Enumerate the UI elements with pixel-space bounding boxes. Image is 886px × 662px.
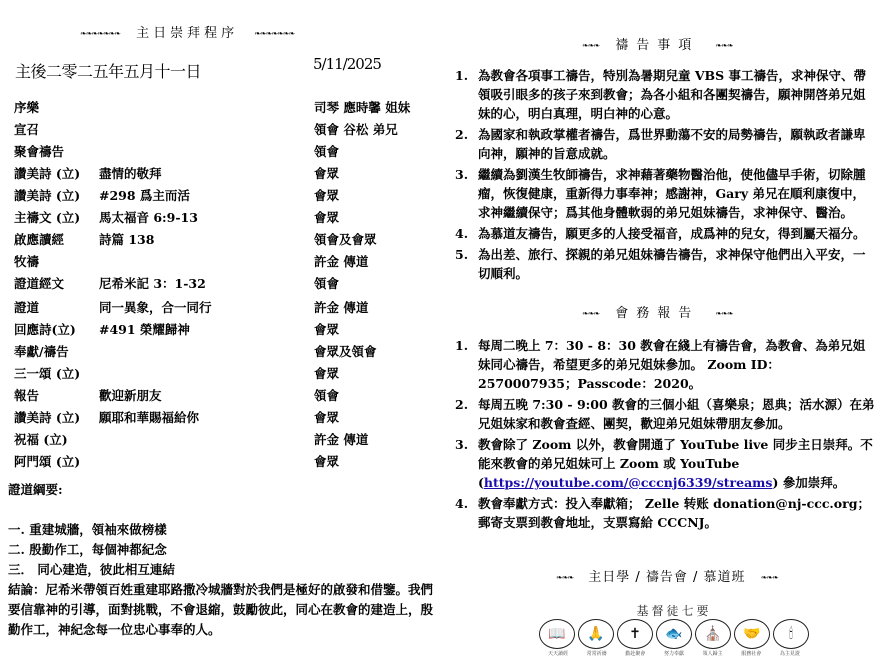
program-content: 盡情的敬拜 [99,164,162,182]
item-number: 1. [455,66,468,85]
emblem-icons: 📖🙏✝🐟⛪🤝🕯 [539,619,809,649]
ornament-icon: ❧❧❧ [582,42,599,49]
business-title: 會務報告 [615,306,699,321]
seven-essentials-emblem: 基督徒七要 📖🙏✝🐟⛪🤝🕯 天天讀經常常祈禱勤赴聚會努力奉獻領人歸主服務社會為主… [539,604,809,662]
program-content: 願耶和華賜福給你 [99,408,199,426]
bible-reading-icon: 📖 [539,619,575,649]
worship-program-title: 主日崇拜程序 [136,26,238,41]
outline-point: 三． 同心建造，彼此相互連結 [8,560,438,580]
item-number: 3. [455,165,468,184]
program-content: #491 榮耀歸神 [99,320,190,338]
program-row: 牧禱許金 傳道 [14,252,434,272]
date-english: 5/11/2025 [313,55,381,73]
program-leader: 會眾 [314,452,339,470]
item-text: 為出差、旅行、探親的弟兄姐妹禱告禱告，求神保守他們出入平安，一切順利。 [478,247,866,281]
program-row: 讚美詩 (立)#298 爲主而活會眾 [14,186,434,206]
emblem-caption: 服務社會 [732,650,770,657]
item-text: 繼續為劉漢生牧師禱告，求神藉著藥物醫治他，使他儘早手術，切除腫瘤，恢復健康，重新… [478,167,866,220]
outline-point: 一. 重建城牆，領袖來做榜樣 [8,520,438,540]
program-row: 宣召領會 谷松 弟兄 [14,120,434,140]
list-item: 1.每周二晚上 7：30 - 8：30 教會在綫上有禱告會，為教會、為弟兄姐妹同… [440,336,876,393]
program-item: 讚美詩 (立) [14,408,80,426]
emblem-caption: 天天讀經 [539,650,577,657]
program-row: 祝福 (立)許金 傳道 [14,430,434,450]
program-leader: 司琴 應時馨 姐妹 [314,98,410,116]
program-item: 宣召 [14,120,39,138]
program-content: 歡迎新朋友 [99,386,162,404]
emblem-title: 基督徒七要 [539,604,809,618]
date-chinese: 主後二零二五年五月十一日 [15,59,201,82]
program-item: 啟應讀經 [14,230,64,248]
program-content: #298 爲主而活 [99,186,190,204]
item-text: 每周二晚上 7：30 - 8：30 教會在綫上有禱告會，為教會、為弟兄姐妹同心禱… [478,338,865,391]
list-item: 2.每周五晚 7:30 - 9:00 教會的三個小組（喜樂泉；恩典；活水源）在弟… [440,395,876,433]
program-leader: 會眾 [314,364,339,382]
prayer-icon: 🙏 [578,619,614,649]
emblem-caption: 常常祈禱 [578,650,616,657]
business-header: ❧❧❧ 會務報告 ❧❧❧ [582,302,733,321]
item-text: 教會奉獻方式：投入奉獻箱； Zelle 转账 donation@nj-ccc.o… [478,496,870,530]
program-row: 聚會禱告領會 [14,142,434,162]
program-leader: 領會 谷松 弟兄 [314,120,398,138]
announcements-column: ❧❧❧ 禱告事項 ❧❧❧ 1.為教會各項事工禱告，特別為暑期兒童 VBS 事工禱… [440,0,886,662]
item-number: 5. [455,245,468,264]
program-row: 三一頌 (立)會眾 [14,364,434,384]
offering-icon: 🐟 [656,619,692,649]
program-item: 主禱文 (立) [14,208,80,226]
ornament-icon: ❧❧❧ [715,42,732,49]
program-leader: 會眾 [314,186,339,204]
prayer-list: 1.為教會各項事工禱告，特別為暑期兒童 VBS 事工禱告，求神保守、帶領吸引眼多… [440,66,876,285]
program-item: 證道經文 [14,274,64,292]
program-item: 讚美詩 (立) [14,164,80,182]
list-item: 5.為出差、旅行、探親的弟兄姐妹禱告禱告，求神保守他們出入平安，一切順利。 [440,245,876,283]
program-row: 啟應讀經詩篇 138領會及會眾 [14,230,434,250]
prayer-header: ❧❧❧ 禱告事項 ❧❧❧ [582,34,733,53]
program-leader: 會眾及領會 [314,342,377,360]
program-row: 報告歡迎新朋友領會 [14,386,434,406]
item-text: 為國家和執政掌權者禱告，爲世界動蕩不安的局勢禱告，願執政者謙卑向神，願神的旨意成… [478,127,866,161]
footer-title: 主日學 / 禱告會 / 慕道班 [588,570,745,585]
program-item: 證道 [14,298,39,316]
program-item: 三一頌 (立) [14,364,80,382]
program-item: 報告 [14,386,39,404]
emblem-caption: 為主見證 [771,650,809,657]
sermon-outline: 證道綱要: 一. 重建城牆，領袖來做榜樣 二. 殷勤作工，每個神都紀念 三． 同… [8,480,438,640]
emblem-caption: 努力奉獻 [655,650,693,657]
program-leader: 許金 傳道 [314,252,368,270]
list-item: 2.為國家和執政掌權者禱告，爲世界動蕩不安的局勢禱告，願執政者謙卑向神，願神的旨… [440,125,876,163]
program-leader: 會眾 [314,408,339,426]
item-number: 4. [455,494,468,513]
worship-gathering-icon: ✝ [617,619,653,649]
emblem-captions: 天天讀經常常祈禱勤赴聚會努力奉獻領人歸主服務社會為主見證 [539,650,809,657]
ornament-icon: ❧❧❧ [556,574,573,581]
program-item: 序樂 [14,98,39,116]
program-leader: 領會 [314,274,339,292]
outline-point: 二. 殷勤作工，每個神都紀念 [8,540,438,560]
outline-conclusion: 結論：尼希米帶領百姓重建耶路撒冷城牆對於我們是極好的啟發和借鑒。我們要信靠神的引… [8,580,438,640]
program-item: 祝福 (立) [14,430,68,448]
item-text: 每周五晚 7:30 - 9:00 教會的三個小組（喜樂泉；恩典；活水源）在弟兄姐… [478,397,875,431]
ornament-icon: ❧❧❧ [715,310,732,317]
worship-program-column: ❧❧❧❧❧❧❧ 主日崇拜程序 ❧❧❧❧❧❧❧ 主後二零二五年五月十一日 5/11… [0,0,440,662]
program-leader: 會眾 [314,164,339,182]
evangelism-icon: ⛪ [695,619,731,649]
item-number: 2. [455,395,468,414]
witness-candle-icon: 🕯 [773,619,809,649]
emblem-caption: 勤赴聚會 [616,650,654,657]
program-leader: 會眾 [314,320,339,338]
item-text: ) 參加崇拜。 [772,475,845,490]
item-text: 為教會各項事工禱告，特別為暑期兒童 VBS 事工禱告，求神保守、帶領吸引眼多的孩… [478,68,866,121]
program-content: 同一異象，合一同行 [99,298,212,316]
program-item: 讚美詩 (立) [14,186,80,204]
service-icon: 🤝 [734,619,770,649]
program-row: 序樂司琴 應時馨 姐妹 [14,98,434,118]
program-row: 證道經文尼希米記 3：1-32領會 [14,274,434,294]
list-item: 3.繼續為劉漢生牧師禱告，求神藉著藥物醫治他，使他儘早手術，切除腫瘤，恢復健康，… [440,165,876,222]
program-leader: 領會及會眾 [314,230,377,248]
emblem-caption: 領人歸主 [694,650,732,657]
list-item: 4.教會奉獻方式：投入奉獻箱； Zelle 转账 donation@nj-ccc… [440,494,876,532]
program-content: 馬太福音 6:9-13 [99,208,198,226]
list-item: 4.為慕道友禱告，願更多的人接受福音，成爲神的兒女，得到屬天福分。 [440,224,876,243]
program-leader: 許金 傳道 [314,430,368,448]
program-content: 尼希米記 3：1-32 [99,274,206,292]
item-number: 3. [455,435,468,454]
ornament-icon: ❧❧❧ [761,574,778,581]
business-list: 1.每周二晚上 7：30 - 8：30 教會在綫上有禱告會，為教會、為弟兄姐妹同… [440,336,876,534]
program-row: 主禱文 (立)馬太福音 6:9-13會眾 [14,208,434,228]
program-leader: 許金 傳道 [314,298,368,316]
ornament-icon: ❧❧❧ [582,310,599,317]
item-number: 2. [455,125,468,144]
item-number: 1. [455,336,468,355]
program-item: 回應詩(立) [14,320,76,338]
prayer-title: 禱告事項 [615,38,699,53]
program-leader: 領會 [314,142,339,160]
program-row: 回應詩(立)#491 榮耀歸神會眾 [14,320,434,340]
item-number: 4. [455,224,468,243]
program-item: 聚會禱告 [14,142,64,160]
program-item: 牧禱 [14,252,39,270]
program-item: 阿門頌 (立) [14,452,80,470]
program-row: 阿門頌 (立)會眾 [14,452,434,472]
program-row: 讚美詩 (立)盡情的敬拜會眾 [14,164,434,184]
ornament-icon: ❧❧❧❧❧❧❧ [254,30,294,37]
program-leader: 會眾 [314,208,339,226]
program-row: 證道同一異象，合一同行許金 傳道 [14,298,434,318]
list-item: 3.教會除了 Zoom 以外，教會開通了 YouTube live 同步主日崇拜… [440,435,876,492]
sermon-outline-label: 證道綱要: [8,480,438,500]
program-content: 詩篇 138 [99,230,154,248]
program-leader: 領會 [314,386,339,404]
youtube-link[interactable]: https://youtube.com/@cccnj6339/streams [484,475,773,490]
list-item: 1.為教會各項事工禱告，特別為暑期兒童 VBS 事工禱告，求神保守、帶領吸引眼多… [440,66,876,123]
program-row: 奉獻/禱告會眾及領會 [14,342,434,362]
footer-header: ❧❧❧ 主日學 / 禱告會 / 慕道班 ❧❧❧ [556,566,778,585]
item-text: 為慕道友禱告，願更多的人接受福音，成爲神的兒女，得到屬天福分。 [478,226,866,241]
program-item: 奉獻/禱告 [14,342,69,360]
ornament-icon: ❧❧❧❧❧❧❧ [80,30,120,37]
program-row: 讚美詩 (立)願耶和華賜福給你會眾 [14,408,434,428]
worship-program-header: ❧❧❧❧❧❧❧ 主日崇拜程序 ❧❧❧❧❧❧❧ [80,22,294,41]
